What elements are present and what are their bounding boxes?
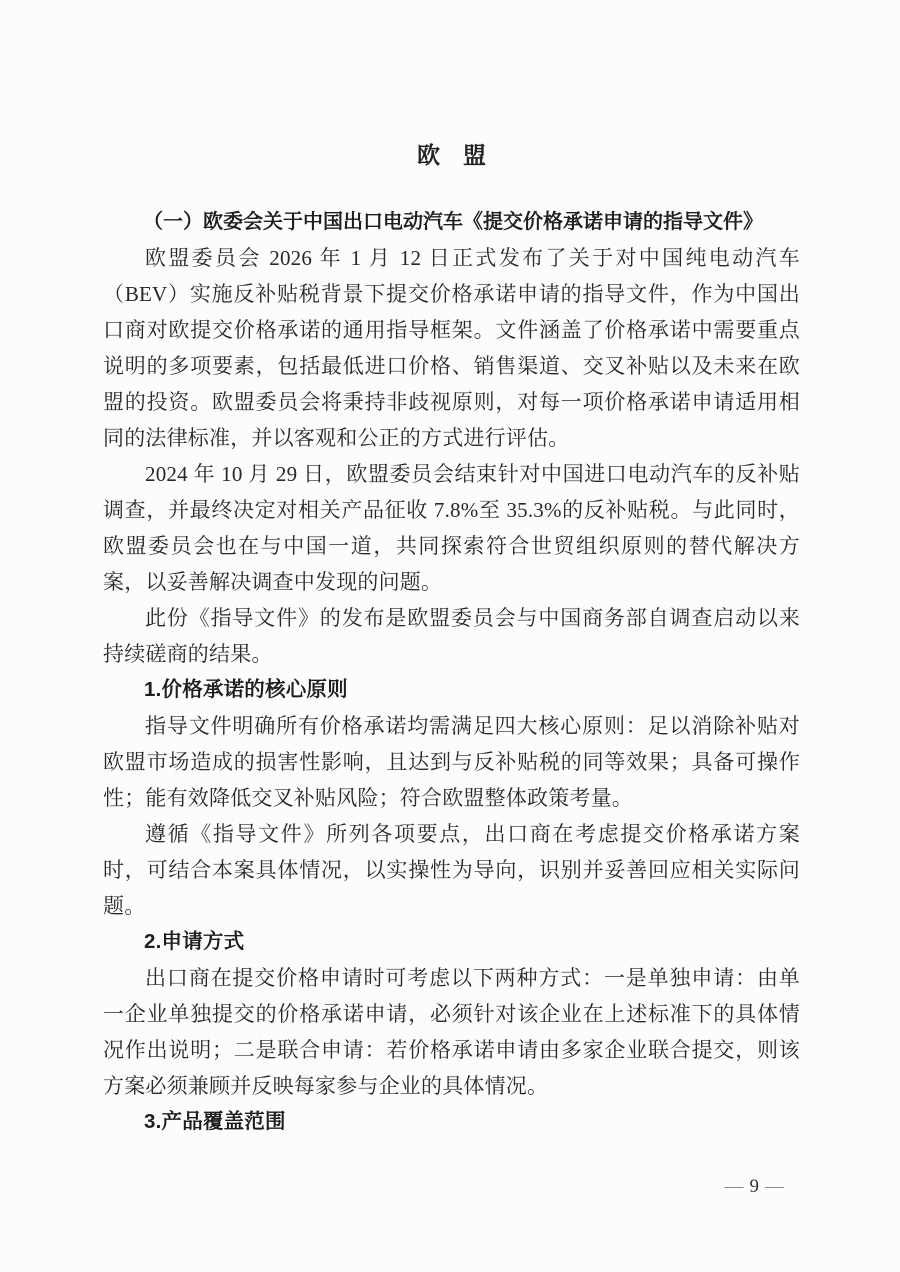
numbered-subheading: 3.产品覆盖范围 [103, 1104, 800, 1140]
page-number: —9— [719, 1176, 791, 1198]
section-heading: （一）欧委会关于中国出口电动汽车《提交价格承诺申请的指导文件》 [103, 204, 800, 240]
numbered-subheading: 2.申请方式 [103, 924, 800, 960]
body-paragraph: 出口商在提交价格申请时可考虑以下两种方式：一是单独申请：由单一企业单独提交的价格… [103, 960, 800, 1104]
body-paragraph: 欧盟委员会 2026 年 1 月 12 日正式发布了关于对中国纯电动汽车（BEV… [103, 240, 800, 456]
body-paragraph: 2024 年 10 月 29 日，欧盟委员会结束针对中国进口电动汽车的反补贴调查… [103, 456, 800, 600]
page-number-right-dash: — [765, 1176, 784, 1197]
body-paragraph: 遵循《指导文件》所列各项要点，出口商在考虑提交价格承诺方案时，可结合本案具体情况… [103, 816, 800, 924]
body-paragraph: 指导文件明确所有价格承诺均需满足四大核心原则：足以消除补贴对欧盟市场造成的损害性… [103, 708, 800, 816]
document-content: 欧 盟 （一）欧委会关于中国出口电动汽车《提交价格承诺申请的指导文件》 欧盟委员… [103, 0, 800, 1140]
body-paragraph: 此份《指导文件》的发布是欧盟委员会与中国商务部自调查启动以来持续磋商的结果。 [103, 600, 800, 672]
page-number-left-dash: — [725, 1176, 744, 1197]
numbered-subheading: 1.价格承诺的核心原则 [103, 672, 800, 708]
page-number-value: 9 [750, 1176, 760, 1197]
document-page: 欧 盟 （一）欧委会关于中国出口电动汽车《提交价格承诺申请的指导文件》 欧盟委员… [0, 0, 900, 1272]
page-title: 欧 盟 [103, 140, 800, 170]
